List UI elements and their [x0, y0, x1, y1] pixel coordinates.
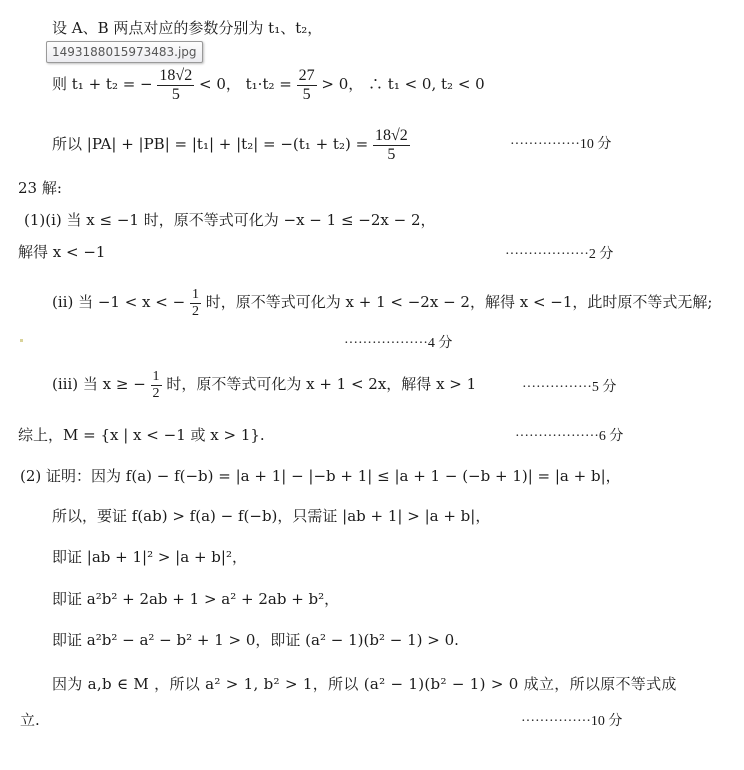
case-ii-prefix: (ⅱ) 当 −1 < x < −	[52, 293, 185, 311]
image-filename-tooltip: 1493188015973483.jpg	[46, 41, 203, 63]
score-2-points: ··················2 分	[505, 243, 613, 263]
pa-pb-prefix: 所以 |PA| + |PB| = |t₁| + |t₂| = −(t₁ + t₂…	[52, 135, 373, 153]
part2-proof-line1: (2) 证明：因为 f(a) − f(−b) = |a + 1| − |−b +…	[20, 466, 621, 486]
question-23-heading: 23 解:	[18, 178, 62, 198]
part2-proof-line2: 所以，要证 f(ab) > f(a) − f(−b)，只需证 |ab + 1| …	[52, 506, 490, 526]
fraction-numerator: 1	[190, 287, 201, 304]
part1-summary: 综上，M = {x | x < −1 或 x > 1}.	[18, 425, 265, 445]
text-line-pa-pb: 所以 |PA| + |PB| = |t₁| + |t₂| = −(t₁ + t₂…	[52, 122, 410, 166]
fraction-numerator: 27	[297, 67, 317, 86]
score-10-points-part-b: ···············10 分	[521, 710, 622, 730]
text-line-params: 设 A、B 两点对应的参数分别为 t₁、t₂，	[52, 18, 322, 38]
sum-suffix: > 0， ∴ t₁ < 0, t₂ < 0	[321, 75, 484, 93]
part1-case-iii: (ⅲ) 当 x ≥ − 1 2 时，原不等式可化为 x + 1 < 2x，解得 …	[52, 362, 476, 406]
score-6-points: ··················6 分	[515, 425, 623, 445]
score-4-points: ··················4 分	[344, 332, 452, 352]
fraction-denominator: 5	[373, 146, 410, 164]
fraction-denominator: 5	[297, 86, 317, 104]
fraction-numerator: 18√2	[157, 67, 194, 86]
fraction-1-over-2-iii: 1 2	[151, 369, 162, 402]
part2-proof-line5: 即证 a²b² − a² − b² + 1 > 0，即证 (a² − 1)(b²…	[52, 630, 459, 650]
fraction-denominator: 5	[157, 86, 194, 104]
case-ii-suffix: 时，原不等式可化为 x + 1 < −2x − 2，解得 x < −1，此时原不…	[206, 293, 713, 311]
sum-prefix: 则 t₁ + t₂ = −	[52, 75, 153, 93]
fraction-27-over-5: 27 5	[297, 67, 317, 104]
part2-proof-line4: 即证 a²b² + 2ab + 1 > a² + 2ab + b²，	[52, 589, 339, 609]
fraction-denominator: 2	[151, 386, 162, 402]
case-iii-suffix: 时，原不等式可化为 x + 1 < 2x，解得 x > 1	[166, 375, 476, 393]
sum-mid: < 0， t₁·t₂ =	[199, 75, 297, 93]
fraction-denominator: 2	[190, 304, 201, 320]
part2-proof-line7: 立.	[20, 710, 40, 730]
case-iii-prefix: (ⅲ) 当 x ≥ −	[52, 375, 146, 393]
score-10-points-part-a: ···············10 分	[510, 133, 611, 153]
fraction-1-over-2: 1 2	[190, 287, 201, 320]
fraction-18root2-over-5-result: 18√2 5	[373, 127, 410, 164]
text-line-sum-product: 则 t₁ + t₂ = − 18√2 5 < 0， t₁·t₂ = 27 5 >…	[52, 62, 485, 106]
part1-case-ii: (ⅱ) 当 −1 < x < − 1 2 时，原不等式可化为 x + 1 < −…	[52, 280, 712, 324]
stray-dot	[20, 339, 23, 342]
part1-case-i-result: 解得 x < −1	[18, 242, 105, 262]
part2-proof-line3: 即证 |ab + 1|² > |a + b|²，	[52, 547, 247, 567]
fraction-numerator: 1	[151, 369, 162, 386]
part1-case-i: (1)(ⅰ) 当 x ≤ −1 时，原不等式可化为 −x − 1 ≤ −2x −…	[24, 210, 436, 230]
fraction-18root2-over-5: 18√2 5	[157, 67, 194, 104]
score-5-points: ···············5 分	[522, 376, 616, 396]
part2-proof-line6: 因为 a,b ∈ M ，所以 a² > 1, b² > 1，所以 (a² − 1…	[52, 674, 677, 694]
fraction-numerator: 18√2	[373, 127, 410, 146]
